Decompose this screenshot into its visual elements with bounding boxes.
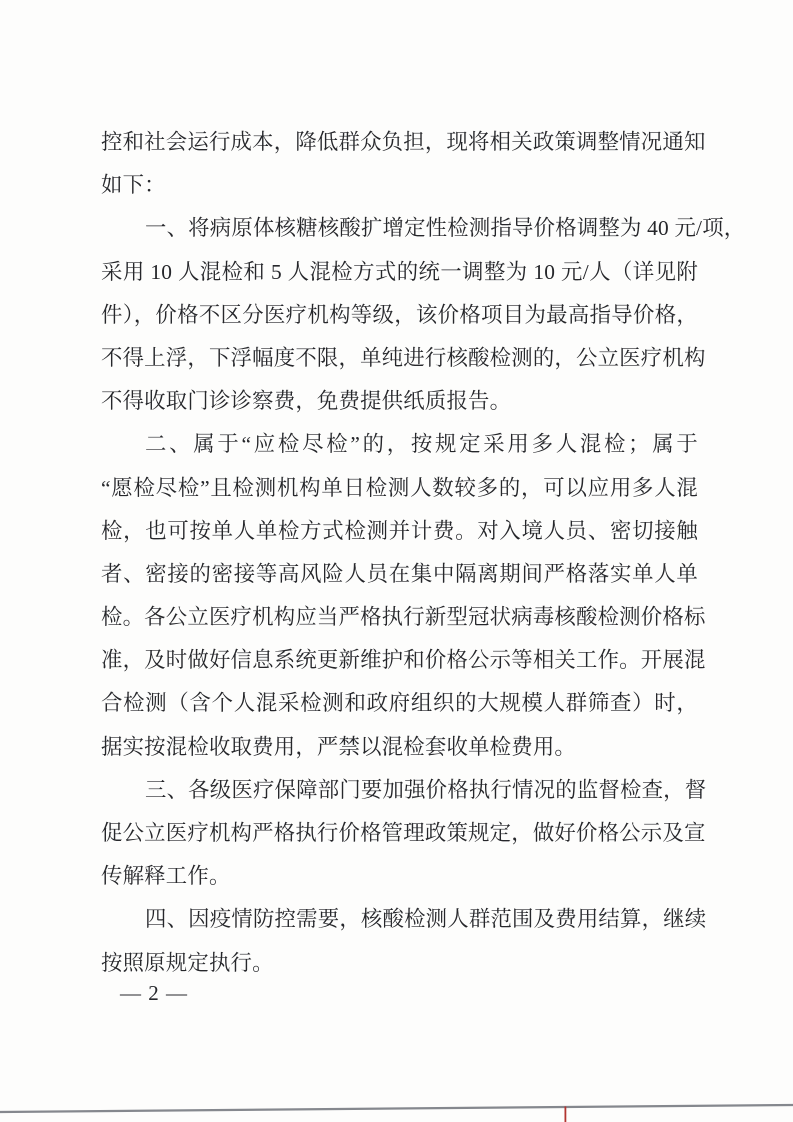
text-line: 如下： [101, 164, 698, 207]
paragraph: 四、因疫情防控需要，核酸检测人群范围及费用结算，继续 按照原规定执行。 [101, 898, 698, 984]
paragraph: 三、各级医疗保障部门要加强价格执行情况的监督检查，督 促公立医疗机构严格执行价格… [101, 769, 698, 899]
text-line: 者、密接的密接等高风险人员在集中隔离期间严格落实单人单 [101, 553, 698, 596]
text-line: 促公立医疗机构严格执行价格管理政策规定，做好价格公示及宣 [101, 812, 698, 855]
text-line: 传解释工作。 [101, 855, 698, 898]
text-line: 控和社会运行成本，降低群众负担，现将相关政策调整情况通知 [101, 121, 698, 164]
text-line: 件），价格不区分医疗机构等级，该价格项目为最高指导价格， [101, 294, 698, 337]
text-line: 三、各级医疗保障部门要加强价格执行情况的监督检查，督 [101, 769, 698, 812]
text-line: 检。各公立医疗机构应当严格执行新型冠状病毒核酸检测价格标 [101, 596, 698, 639]
paragraph: 一、将病原体核糖核酸扩增定性检测指导价格调整为 40 元/项， 采用 10 人混… [101, 207, 698, 423]
red-registration-mark [565, 1107, 567, 1122]
text-line: 准，及时做好信息系统更新维护和价格公示等相关工作。开展混 [101, 639, 698, 682]
paragraph: 控和社会运行成本，降低群众负担，现将相关政策调整情况通知 如下： [101, 121, 698, 207]
paper-edge-line [0, 1105, 793, 1112]
text-line: 二、属于“应检尽检”的，按规定采用多人混检；属于 [101, 423, 698, 466]
text-line: 合检测（含个人混采检测和政府组织的大规模人群筛查）时， [101, 682, 698, 725]
paragraph: 二、属于“应检尽检”的，按规定采用多人混检；属于 “愿检尽检”且检测机构单日检测… [101, 423, 698, 769]
text-line: 不得收取门诊诊察费，免费提供纸质报告。 [101, 380, 698, 423]
document-body: 控和社会运行成本，降低群众负担，现将相关政策调整情况通知 如下： 一、将病原体核… [101, 121, 698, 985]
text-line: 据实按混检收取费用，严禁以混检套收单检费用。 [101, 726, 698, 769]
document-page: 控和社会运行成本，降低群众负担，现将相关政策调整情况通知 如下： 一、将病原体核… [0, 0, 793, 1122]
text-line: 四、因疫情防控需要，核酸检测人群范围及费用结算，继续 [101, 898, 698, 941]
text-line: 检，也可按单人单检方式检测并计费。对入境人员、密切接触 [101, 510, 698, 553]
text-line: 按照原规定执行。 [101, 942, 698, 985]
text-line: 采用 10 人混检和 5 人混检方式的统一调整为 10 元/人（详见附 [101, 251, 698, 294]
text-line: 一、将病原体核糖核酸扩增定性检测指导价格调整为 40 元/项， [101, 207, 698, 250]
text-line: 不得上浮，下浮幅度不限，单纯进行核酸检测的，公立医疗机构 [101, 337, 698, 380]
page-number: — 2 — [120, 978, 188, 1008]
text-line: “愿检尽检”且检测机构单日检测人数较多的，可以应用多人混 [101, 467, 698, 510]
